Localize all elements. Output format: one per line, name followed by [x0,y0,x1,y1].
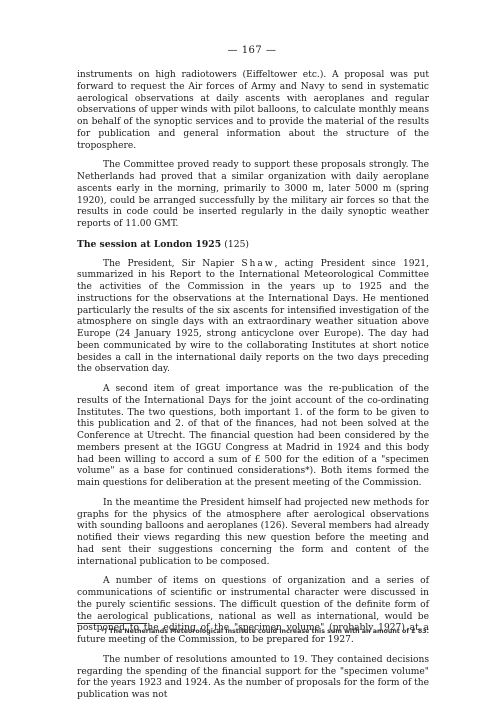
paragraph-meantime: In the meantime the President himself ha… [77,498,429,569]
paragraph-president: The President, Sir Napier Shaw, acting P… [77,259,429,377]
text-span: , acting President since 1921, summarize… [77,259,429,375]
section-heading: The session at London 1925 (125) [77,239,429,251]
spaced-name: Shaw [241,259,274,269]
paragraph-continued: instruments on high radiotowers (Eiffelt… [77,70,429,152]
section-heading-ref: (125) [224,239,249,250]
footnote-divider [77,623,147,624]
section-heading-title: The session at London 1925 [77,239,221,250]
paragraph-resolutions: The number of resolutions amounted to 19… [77,655,429,702]
body-text: instruments on high radiotowers (Eiffelt… [77,70,429,710]
paragraph-second-item: A second item of great importance was th… [77,384,429,490]
paragraph-items: A number of items on questions of organi… [77,576,429,647]
page-number: — 167 — [0,45,504,56]
text-span: The President, Sir Napier [103,259,241,269]
paragraph-committee: The Committee proved ready to support th… [77,160,429,231]
footnote: *) The Netherlands Meteorological Instit… [77,628,429,635]
